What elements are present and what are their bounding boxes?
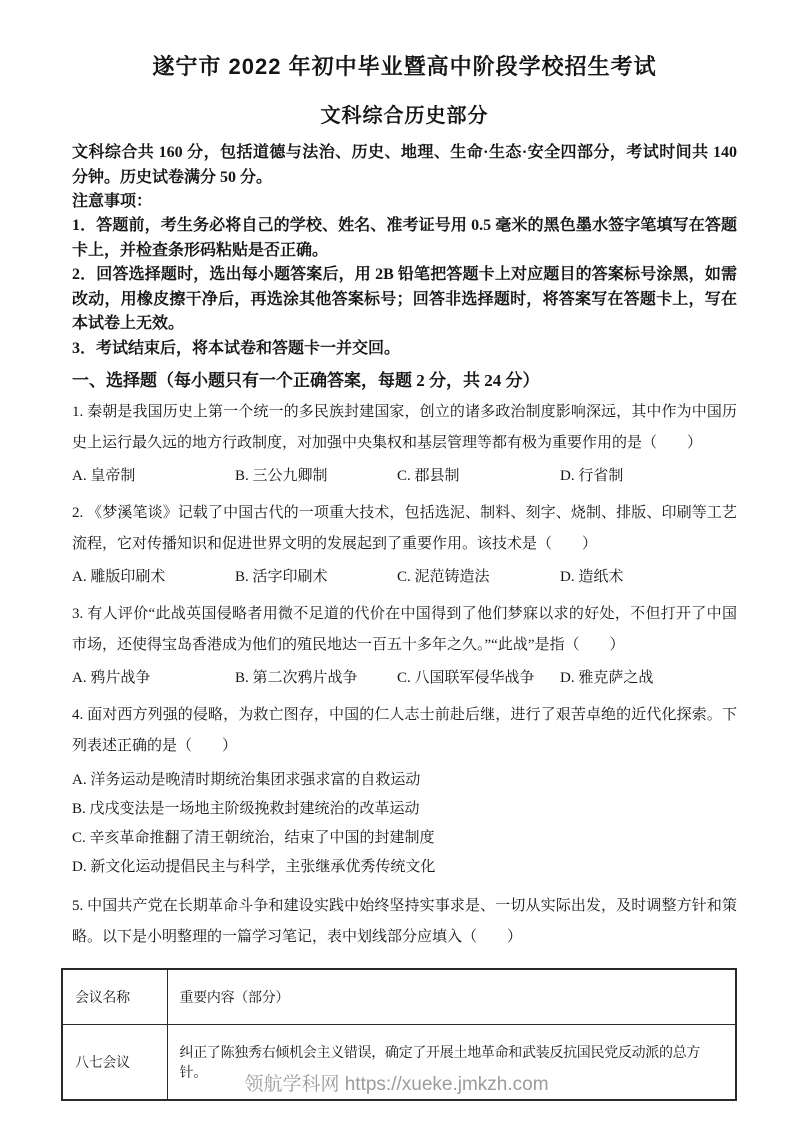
question-2-option-d: D. 造纸术 <box>560 567 737 588</box>
exam-intro: 文科综合共 160 分，包括道德与法治、历史、地理、生命·生态·安全四部分，考试… <box>72 140 737 190</box>
question-2: 2. 《梦溪笔谈》记载了中国古代的一项重大技术，包括选泥、制料、刻字、烧制、排版… <box>72 498 737 588</box>
page-title: 遂宁市 2022 年初中毕业暨高中阶段学校招生考试 <box>72 52 737 82</box>
notice-item-1: 1．答题前，考生务必将自己的学校、姓名、准考证号用 0.5 毫米的黑色墨水签字笔… <box>72 214 737 263</box>
question-1-option-a: A. 皇帝制 <box>72 466 235 487</box>
question-3-stem: 3. 有人评价“此战英国侵略者用微不足道的代价在中国得到了他们梦寐以求的好处，不… <box>72 599 737 661</box>
question-3-option-b: B. 第二次鸦片战争 <box>235 668 397 689</box>
question-2-stem: 2. 《梦溪笔谈》记载了中国古代的一项重大技术，包括选泥、制料、刻字、烧制、排版… <box>72 498 737 560</box>
question-5-stem: 5. 中国共产党在长期革命斗争和建设实践中始终坚持实事求是、一切从实际出发，及时… <box>72 891 737 953</box>
question-4: 4. 面对西方列强的侵略，为救亡图存，中国的仁人志士前赴后继，进行了艰苦卓绝的近… <box>72 700 737 882</box>
question-2-options: A. 雕版印刷术 B. 活字印刷术 C. 泥范铸造法 D. 造纸术 <box>72 567 737 588</box>
exam-content: 遂宁市 2022 年初中毕业暨高中阶段学校招生考试 文科综合历史部分 文科综合共… <box>0 0 793 1101</box>
question-3-option-a: A. 鸦片战争 <box>72 668 235 689</box>
question-5: 5. 中国共产党在长期革命斗争和建设实践中始终坚持实事求是、一切从实际出发，及时… <box>72 891 737 953</box>
question-4-option-c: C. 辛亥革命推翻了清王朝统治，结束了中国的封建制度 <box>72 824 737 853</box>
question-2-option-a: A. 雕版印刷术 <box>72 567 235 588</box>
question-4-options: A. 洋务运动是晚清时期统治集团求强求富的自救运动 B. 戊戌变法是一场地主阶级… <box>72 766 737 882</box>
question-3: 3. 有人评价“此战英国侵略者用微不足道的代价在中国得到了他们梦寐以求的好处，不… <box>72 599 737 689</box>
question-3-option-c: C. 八国联军侵华战争 <box>397 668 560 689</box>
question-2-option-b: B. 活字印刷术 <box>235 567 397 588</box>
page-subtitle: 文科综合历史部分 <box>72 102 737 130</box>
question-1: 1. 秦朝是我国历史上第一个统一的多民族封建国家，创立的诸多政治制度影响深远，其… <box>72 397 737 487</box>
table-header-important-content: 重要内容（部分） <box>167 969 736 1025</box>
question-3-option-d: D. 雅克萨之战 <box>560 668 737 689</box>
notice-title: 注意事项： <box>72 190 737 214</box>
question-4-option-b: B. 戊戌变法是一场地主阶级挽救封建统治的改革运动 <box>72 795 737 824</box>
question-4-stem: 4. 面对西方列强的侵略，为救亡图存，中国的仁人志士前赴后继，进行了艰苦卓绝的近… <box>72 700 737 762</box>
notice-item-2: 2．回答选择题时，选出每小题答案后，用 2B 铅笔把答题卡上对应题目的答案标号涂… <box>72 263 737 337</box>
table-header-row: 会议名称 重要内容（部分） <box>62 969 736 1025</box>
question-1-option-c: C. 郡县制 <box>397 466 560 487</box>
section-title: 一、选择题（每小题只有一个正确答案，每题 2 分，共 24 分） <box>72 368 737 394</box>
question-2-option-c: C. 泥范铸造法 <box>397 567 560 588</box>
watermark: 领航学科网 https://xueke.jmkzh.com <box>0 1069 793 1096</box>
question-1-stem: 1. 秦朝是我国历史上第一个统一的多民族封建国家，创立的诸多政治制度影响深远，其… <box>72 397 737 459</box>
question-1-option-d: D. 行省制 <box>560 466 737 487</box>
question-4-option-d: D. 新文化运动提倡民主与科学，主张继承优秀传统文化 <box>72 853 737 882</box>
question-1-option-b: B. 三公九卿制 <box>235 466 397 487</box>
exam-paper-page: 遂宁市 2022 年初中毕业暨高中阶段学校招生考试 文科综合历史部分 文科综合共… <box>0 0 793 1122</box>
question-3-options: A. 鸦片战争 B. 第二次鸦片战争 C. 八国联军侵华战争 D. 雅克萨之战 <box>72 668 737 689</box>
question-4-option-a: A. 洋务运动是晚清时期统治集团求强求富的自救运动 <box>72 766 737 795</box>
notice-item-3: 3．考试结束后，将本试卷和答题卡一并交回。 <box>72 337 737 362</box>
table-header-meeting-name: 会议名称 <box>62 969 167 1025</box>
question-1-options: A. 皇帝制 B. 三公九卿制 C. 郡县制 D. 行省制 <box>72 466 737 487</box>
